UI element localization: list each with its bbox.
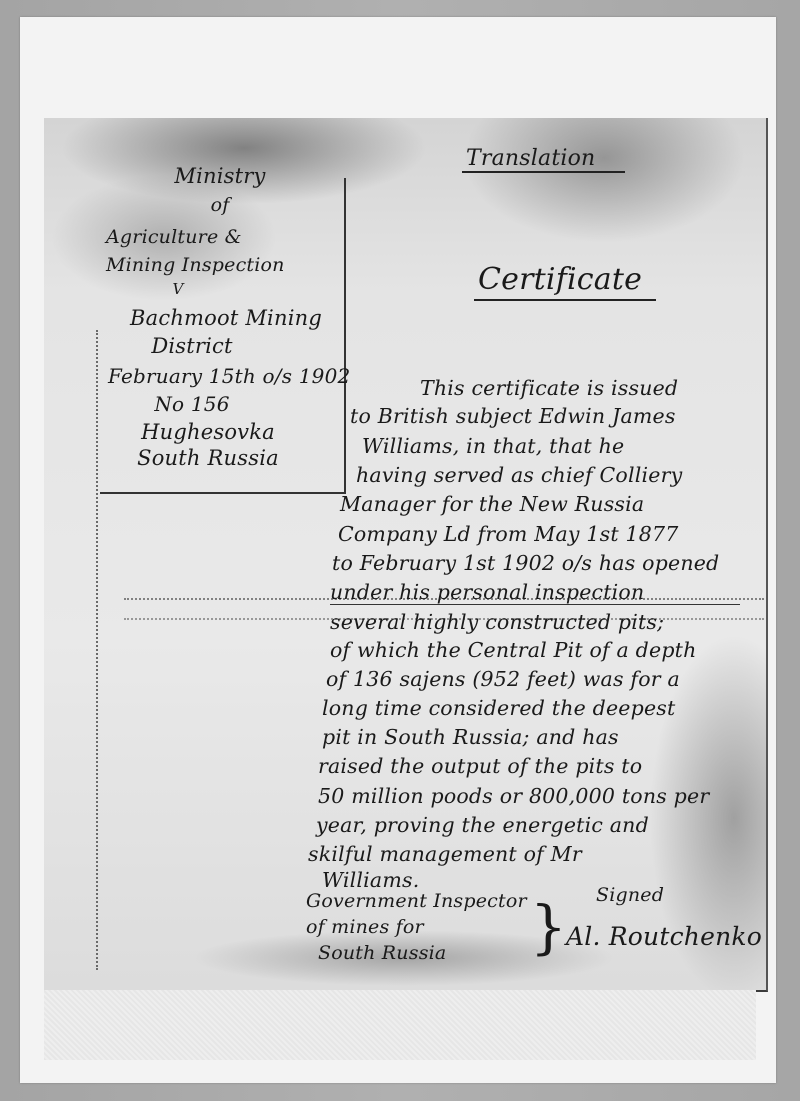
- inspection-underline: [330, 604, 740, 605]
- issuer-line: of: [100, 194, 340, 216]
- inspector-signature: Al. Routchenko: [566, 922, 762, 951]
- body-line: This certificate is issued: [420, 376, 678, 400]
- body-line: of which the Central Pit of a depth: [330, 638, 697, 662]
- issuer-place: Hughesovka: [88, 420, 328, 444]
- body-line: of 136 sajens (952 feet) was for a: [326, 667, 680, 691]
- issuer-date: February 15th o/s 1902: [108, 364, 348, 388]
- body-line: Manager for the New Russia: [340, 492, 644, 516]
- body-line: 50 million poods or 800,000 tons per: [318, 784, 709, 808]
- issuer-line: Bachmoot Mining: [106, 306, 346, 330]
- inspector-title-line: Government Inspector: [306, 890, 527, 912]
- body-line: raised the output of the pits to: [318, 754, 642, 778]
- body-line: to British subject Edwin James: [350, 404, 676, 428]
- inspector-title-line: of mines for: [306, 916, 424, 938]
- issuer-line: District: [72, 334, 312, 358]
- issuer-line: Ministry: [100, 164, 340, 188]
- issuer-line: Mining Inspection: [98, 254, 346, 276]
- blank-lower-margin: [44, 990, 756, 1060]
- certificate-title: Certificate: [474, 262, 656, 301]
- body-line: Company Ld from May 1st 1877: [338, 522, 678, 546]
- body-line: Williams.: [322, 868, 419, 892]
- body-line: skilful management of Mr: [308, 842, 582, 866]
- body-line: year, proving the energetic and: [316, 813, 649, 837]
- issuer-number: No 156: [72, 392, 312, 416]
- body-line: to February 1st 1902 o/s has opened: [332, 551, 719, 575]
- body-line: pit in South Russia; and has: [322, 725, 619, 749]
- body-line: Williams, in that, that he: [362, 434, 624, 458]
- body-line: long time considered the deepest: [322, 696, 675, 720]
- body-line: under his personal inspection: [330, 580, 644, 604]
- signed-label: Signed: [596, 884, 664, 906]
- issuer-line: Agriculture &: [96, 226, 346, 248]
- inspector-title-line: South Russia: [318, 942, 446, 964]
- body-line: several highly constructed pits;: [330, 610, 664, 634]
- body-line: having served as chief Colliery: [356, 463, 682, 487]
- translation-heading: Translation: [462, 146, 625, 173]
- issuer-line: V: [58, 280, 298, 298]
- curly-brace: }: [530, 898, 567, 956]
- issuer-region: South Russia: [88, 446, 328, 470]
